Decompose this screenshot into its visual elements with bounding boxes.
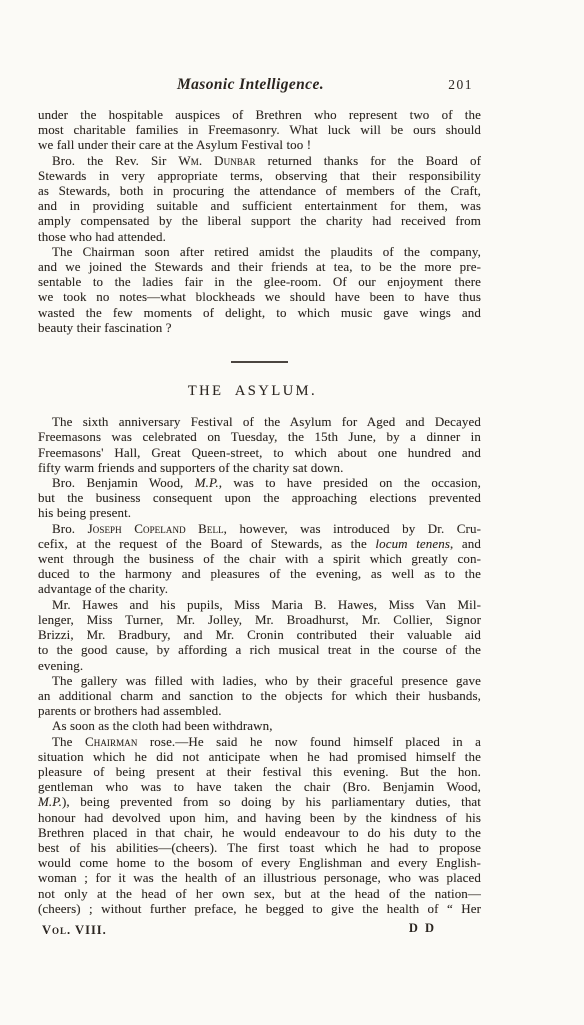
text-line: and we joined the Stewards and their fri…: [38, 259, 481, 274]
paragraph: Bro. Benjamin Wood, M.P., was to have pr…: [38, 475, 481, 521]
paragraph: The gallery was filled with ladies, who …: [38, 673, 481, 719]
text-line: honour had devolved upon him, and having…: [38, 810, 481, 825]
text-line: Mr. Hawes and his pupils, Miss Maria B. …: [38, 597, 481, 612]
text-line: amply compensated by the liberal support…: [38, 213, 481, 228]
text-line: fifty warm friends and supporters of the…: [38, 460, 481, 475]
text-line: most charitable families in Freemasonry.…: [38, 122, 481, 137]
text-line: but the business consequent upon the app…: [38, 490, 481, 505]
text-line: best of his abilities—(cheers). The firs…: [38, 840, 481, 855]
text-line: parents or brothers had assembled.: [38, 703, 481, 718]
paragraph: under the hospitable auspices of Brethre…: [38, 107, 481, 153]
text-line: The gallery was filled with ladies, who …: [38, 673, 481, 688]
paragraph: The Chairman rose.—He said he now found …: [38, 734, 481, 916]
text-line: an additional charm and sanction to the …: [38, 688, 481, 703]
text-line: wasted the few moments of delight, to wh…: [38, 305, 481, 320]
text-line: his being present.: [38, 505, 481, 520]
page-footer: Vol. VIII. D D: [38, 921, 481, 937]
section-heading: THE ASYLUM.: [38, 384, 481, 399]
text-line: M.P.), being prevented from so doing by …: [38, 794, 481, 809]
text-line: evening.: [38, 658, 481, 673]
text-line: duced to the harmony and pleasures of th…: [38, 566, 481, 581]
text-line: we fall under their care at the Asylum F…: [38, 137, 481, 152]
paragraph: Bro. the Rev. Sir Wm. Dunbar returned th…: [38, 153, 481, 244]
section-divider: [231, 361, 288, 363]
text-line: to the good cause, by affording a rich m…: [38, 642, 481, 657]
text-line: Freemasons was celebrated on Tuesday, th…: [38, 429, 481, 444]
text-line: Bro. Joseph Copeland Bell, however, was …: [38, 521, 481, 536]
text-line: Brizzi, Mr. Bradbury, and Mr. Cronin con…: [38, 627, 481, 642]
text-line: The Chairman rose.—He said he now found …: [38, 734, 481, 749]
text-line: we took no notes—what blockheads we shou…: [38, 289, 481, 304]
text-line: Bro. Benjamin Wood, M.P., was to have pr…: [38, 475, 481, 490]
text-line: advantage of the charity.: [38, 581, 481, 596]
text-line: As soon as the cloth had been withdrawn,: [38, 718, 481, 733]
text-line: not only at the head of her own sex, but…: [38, 886, 481, 901]
volume-label: Vol. VIII.: [42, 923, 107, 938]
text-line: Freemasons' Hall, Great Queen-street, to…: [38, 445, 481, 460]
text-line: (cheers) ; without further preface, he b…: [38, 901, 481, 916]
text-line: under the hospitable auspices of Brethre…: [38, 107, 481, 122]
text-line: Bro. the Rev. Sir Wm. Dunbar returned th…: [38, 153, 481, 168]
scanned-book-page: Masonic Intelligence. 201 under the hosp…: [0, 0, 584, 1025]
paragraph: The sixth anniversary Festival of the As…: [38, 414, 481, 475]
text-line: cefix, at the request of the Board of St…: [38, 536, 481, 551]
text-line: and in providing suitable and sufficient…: [38, 198, 481, 213]
text-line: those who had attended.: [38, 229, 481, 244]
text-line: The Chairman soon after retired amidst t…: [38, 244, 481, 259]
paragraph: Mr. Hawes and his pupils, Miss Maria B. …: [38, 597, 481, 673]
text-line: beauty their fascination ?: [38, 320, 481, 335]
page-number: 201: [448, 77, 473, 93]
running-head: Masonic Intelligence. 201: [38, 76, 481, 98]
text-line: would come home to the bosom of every En…: [38, 855, 481, 870]
paragraph: As soon as the cloth had been withdrawn,: [38, 718, 481, 733]
text-line: as Stewards, both in procuring the atten…: [38, 183, 481, 198]
text-line: went through the business of the chair w…: [38, 551, 481, 566]
paragraph: Bro. Joseph Copeland Bell, however, was …: [38, 521, 481, 597]
text-line: gentleman who was to have taken the chai…: [38, 779, 481, 794]
paragraph: The Chairman soon after retired amidst t…: [38, 244, 481, 335]
text-line: sentable to the ladies fair in the glee-…: [38, 274, 481, 289]
text-line: The sixth anniversary Festival of the As…: [38, 414, 481, 429]
text-column: under the hospitable auspices of Brethre…: [38, 107, 481, 916]
text-line: Stewards in very appropriate terms, obse…: [38, 168, 481, 183]
signature-mark: D D: [409, 921, 436, 936]
page-title: Masonic Intelligence.: [38, 76, 481, 94]
text-line: woman ; for it was the health of an illu…: [38, 870, 481, 885]
text-line: pleasure of being present at their festi…: [38, 764, 481, 779]
text-line: Brethren placed in that chair, he would …: [38, 825, 481, 840]
text-line: lenger, Miss Turner, Mr. Jolley, Mr. Bro…: [38, 612, 481, 627]
text-line: situation which he did not anticipate wh…: [38, 749, 481, 764]
